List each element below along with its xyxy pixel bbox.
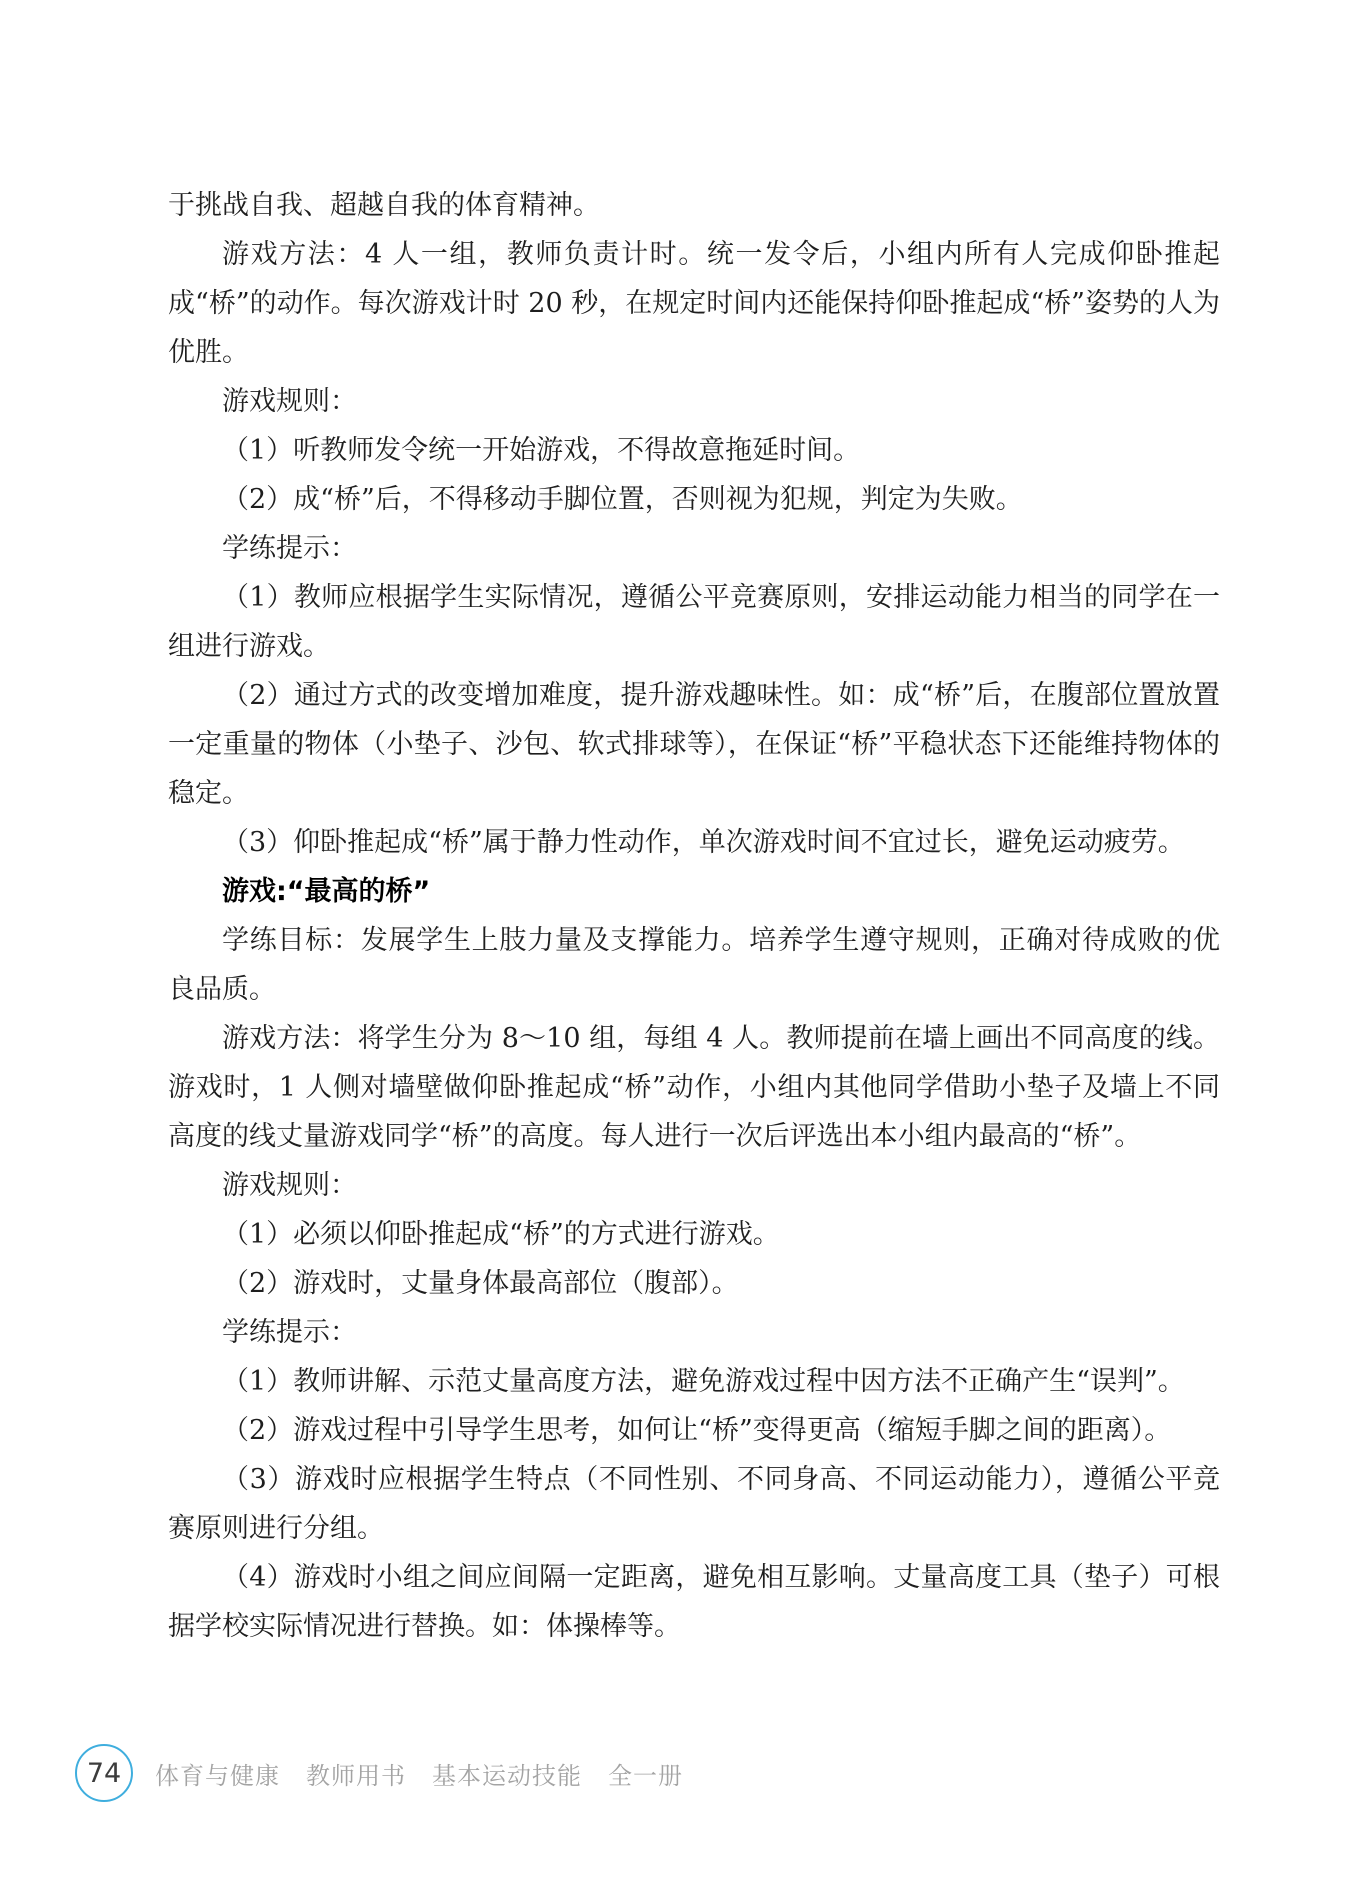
paragraph: （2）游戏过程中引导学生思考，如何让“桥”变得更高（缩短手脚之间的距离）。: [168, 1406, 1220, 1455]
paragraph: 游戏方法：4 人一组，教师负责计时。统一发令后，小组内所有人完成仰卧推起成“桥”…: [168, 230, 1220, 377]
page-number-badge: 74: [75, 1744, 133, 1802]
paragraph: （2）游戏时，丈量身体最高部位（腹部）。: [168, 1259, 1220, 1308]
paragraph: （1）必须以仰卧推起成“桥”的方式进行游戏。: [168, 1210, 1220, 1259]
paragraph: 游戏规则：: [168, 377, 1220, 426]
page-body-text: 于挑战自我、超越自我的体育精神。游戏方法：4 人一组，教师负责计时。统一发令后，…: [168, 181, 1220, 1651]
paragraph: （4）游戏时小组之间应间隔一定距离，避免相互影响。丈量高度工具（垫子）可根据学校…: [168, 1553, 1220, 1651]
paragraph: 游戏方法：将学生分为 8～10 组，每组 4 人。教师提前在墙上画出不同高度的线…: [168, 1014, 1220, 1161]
footer-running-title: 体育与健康 教师用书 基本运动技能 全一册: [155, 1744, 683, 1802]
book-page: 于挑战自我、超越自我的体育精神。游戏方法：4 人一组，教师负责计时。统一发令后，…: [0, 0, 1359, 1891]
paragraph: （2）通过方式的改变增加难度，提升游戏趣味性。如：成“桥”后，在腹部位置放置一定…: [168, 671, 1220, 818]
paragraph: 学练提示：: [168, 524, 1220, 573]
paragraph: 学练提示：: [168, 1308, 1220, 1357]
paragraph: （3）游戏时应根据学生特点（不同性别、不同身高、不同运动能力），遵循公平竞赛原则…: [168, 1455, 1220, 1553]
page-number: 74: [87, 1758, 121, 1789]
footer-segment-volume: 全一册: [608, 1756, 683, 1791]
paragraph: （1）教师应根据学生实际情况，遵循公平竞赛原则，安排运动能力相当的同学在一组进行…: [168, 573, 1220, 671]
paragraph: （1）听教师发令统一开始游戏，不得故意拖延时间。: [168, 426, 1220, 475]
footer-segment-book-type: 教师用书: [306, 1756, 406, 1791]
footer-segment-series: 体育与健康: [155, 1756, 280, 1791]
paragraph: 学练目标：发展学生上肢力量及支撑能力。培养学生遵守规则，正确对待成败的优良品质。: [168, 916, 1220, 1014]
footer-segment-subject: 基本运动技能: [432, 1756, 582, 1791]
paragraph: 于挑战自我、超越自我的体育精神。: [168, 181, 1220, 230]
paragraph: （3）仰卧推起成“桥”属于静力性动作，单次游戏时间不宜过长，避免运动疲劳。: [168, 818, 1220, 867]
paragraph: 游戏规则：: [168, 1161, 1220, 1210]
section-heading: 游戏:“最高的桥”: [168, 867, 1220, 916]
page-footer: 74 体育与健康 教师用书 基本运动技能 全一册: [0, 1744, 1359, 1804]
paragraph: （1）教师讲解、示范丈量高度方法，避免游戏过程中因方法不正确产生“误判”。: [168, 1357, 1220, 1406]
paragraph: （2）成“桥”后，不得移动手脚位置，否则视为犯规，判定为失败。: [168, 475, 1220, 524]
